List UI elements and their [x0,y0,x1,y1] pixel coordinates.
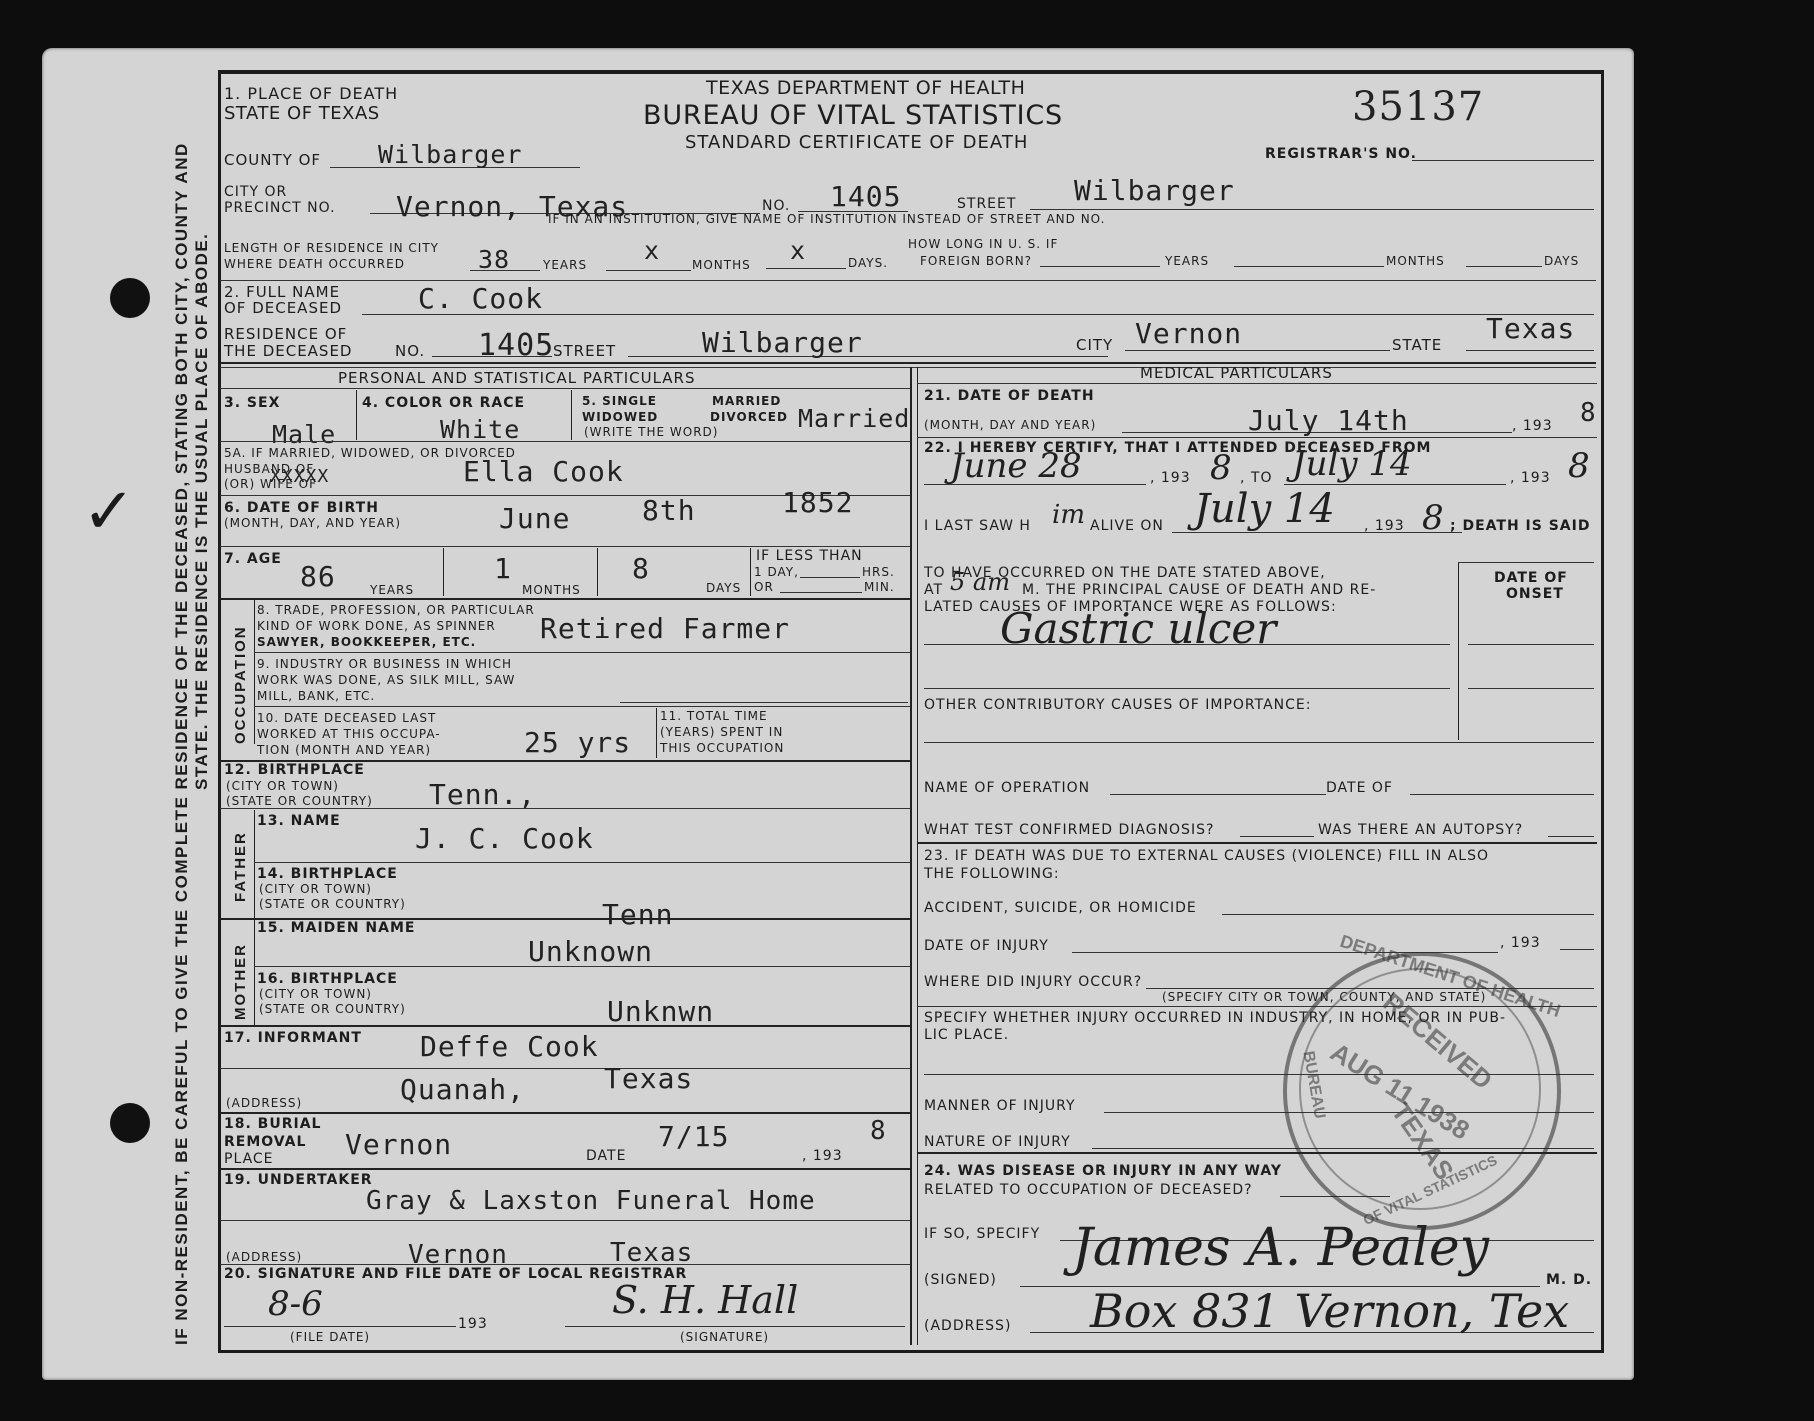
physician-address: Box 831 Vernon, Tex [1090,1284,1569,1338]
birthplace-value: Tenn., [429,778,536,811]
father-section-label: FATHER [232,831,249,902]
from-year-prefix: , 193 [1150,470,1191,486]
city-label: CITY OR [224,184,287,200]
accident-label: ACCIDENT, SUICIDE, OR HOMICIDE [924,900,1197,916]
to-year-prefix: , 193 [1510,470,1551,486]
hrs-field[interactable] [800,577,860,578]
autopsy-field[interactable] [1548,836,1594,837]
residence-label1: RESIDENCE OF [224,326,347,342]
manner-label: MANNER OF INJURY [924,1098,1076,1114]
residence-state-value: Texas [1486,312,1575,345]
dob-label2: (MONTH, DAY, AND YEAR) [224,516,401,530]
last-worked-label2: WORKED AT THIS OCCUPA- [257,727,441,741]
county-label: COUNTY OF [224,152,321,168]
onset-label2: ONSET [1506,586,1564,602]
mother-section-label: MOTHER [232,943,249,1020]
last-saw-field[interactable] [1172,532,1462,533]
residence-no-label: NO. [395,343,425,359]
occupation-related-label2: RELATED TO OCCUPATION OF DECEASED? [924,1182,1253,1198]
less-than-label: IF LESS THAN [756,549,863,563]
mother-bp-label1: 16. BIRTHPLACE [257,971,398,987]
other-causes-label: OTHER CONTRIBUTORY CAUSES OF IMPORTANCE: [924,697,1311,713]
physician-address-label: (ADDRESS) [924,1318,1011,1334]
burial-label2: REMOVAL [224,1134,306,1150]
mother-bp-value: Unknwn [607,995,714,1028]
onset-field-1[interactable] [1468,644,1594,645]
trade-label3: SAWYER, BOOKKEEPER, ETC. [257,635,476,649]
marital-label-married: MARRIED [712,394,781,408]
nature-label: NATURE OF INJURY [924,1134,1071,1150]
hrs-label: HRS. [862,565,895,579]
burial-date: 7/15 [658,1120,729,1153]
registrar-no-field[interactable] [1412,160,1594,161]
foreign-years-label: YEARS [1165,254,1209,268]
marital-label-divorced: DIVORCED [710,410,788,424]
burial-label3: PLACE [224,1151,274,1167]
last-year-prefix: , 193 [1364,518,1405,534]
if-so-label: IF SO, SPECIFY [924,1226,1040,1242]
father-name-label: 13. NAME [257,813,341,829]
signature-label: (SIGNATURE) [680,1330,769,1344]
street-label: STREET [957,196,1016,212]
res-days-field[interactable] [766,268,846,269]
street-value: Wilbarger [1074,174,1235,207]
injury-specify-label2: LIC PLACE. [924,1027,1009,1043]
dept-title: TEXAS DEPARTMENT OF HEALTH [706,80,1025,96]
registrar-file-date: 8-6 [268,1284,323,1324]
full-name-label1: 2. FULL NAME [224,284,340,300]
res-months-label: MONTHS [692,258,751,272]
undertaker-label: 19. UNDERTAKER [224,1172,373,1188]
res-years-label: YEARS [543,258,587,272]
foreign-months-label: MONTHS [1386,254,1445,268]
medical-heading: MEDICAL PARTICULARS [1140,365,1333,381]
sex-label: 3. SEX [224,395,280,411]
father-bp-label2: (CITY OR TOWN) [259,882,372,896]
informant-name: Deffe Cook [420,1030,599,1063]
precinct-label: PRECINCT NO. [224,200,336,216]
dob-year: 1852 [782,486,853,519]
operation-field[interactable] [1110,794,1326,795]
occurred-at-label: AT [924,582,943,598]
mother-name-value: Unknown [528,935,653,968]
foreign-years-field[interactable] [1040,266,1160,267]
res-days-label: DAYS. [848,256,888,270]
mother-name-label: 15. MAIDEN NAME [257,920,415,936]
mother-bp-label3: (STATE OR COUNTRY) [259,1002,406,1016]
marital-value: Married [798,404,910,433]
father-bp-value: Tenn [602,898,673,931]
registrar-year-prefix: 193 [458,1316,488,1332]
other-causes-field[interactable] [924,742,1594,743]
file-date-label: (FILE DATE) [290,1330,370,1344]
attended-from-value: June 28 [950,446,1082,486]
form-title: STANDARD CERTIFICATE OF DEATH [685,135,1028,151]
last-saw-pronoun: im [1052,500,1085,530]
no-value: 1405 [830,180,901,213]
age-months-label: MONTHS [522,583,581,597]
to-label: , TO [1240,470,1272,486]
res-days-value: x [790,236,806,265]
age-months: 1 [494,552,512,585]
residence-street-value: Wilbarger [702,326,863,359]
foreign-months-field[interactable] [1234,266,1384,267]
burial-place: Vernon [345,1128,452,1161]
father-bp-label3: (STATE OR COUNTRY) [259,897,406,911]
trade-value: Retired Farmer [540,612,790,645]
one-day-label: 1 DAY, [754,565,799,579]
autopsy-label: WAS THERE AN AUTOPSY? [1318,822,1523,838]
alive-on-label: ALIVE ON [1090,518,1164,534]
race-value: White [440,415,520,444]
informant-label: 17. INFORMANT [224,1030,362,1046]
marital-label-single: 5. SINGLE [582,394,657,408]
birthplace-label1: 12. BIRTHPLACE [224,762,365,778]
trade-label2: KIND OF WORK DONE, AS SPINNER [257,619,496,633]
total-time-label3: THIS OCCUPATION [660,741,784,755]
residence-city-label: CITY [1076,337,1113,353]
marital-label-write: (WRITE THE WORD) [584,425,718,439]
industry-label2: WORK WAS DONE, AS SILK MILL, SAW [257,673,515,687]
test-field[interactable] [1240,836,1314,837]
attended-to-value: July 14 [1292,444,1412,484]
full-name-field[interactable] [362,314,1594,315]
mother-bp-label2: (CITY OR TOWN) [259,987,372,1001]
res-years-value: 38 [478,245,510,274]
residence-street-field[interactable] [628,356,1108,357]
marital-label-widowed: WIDOWED [582,410,658,424]
age-days-label: DAYS [706,581,741,595]
full-name-value: C. Cook [418,282,543,315]
operation-date-field[interactable] [1410,794,1594,795]
occupation-related-label1: 24. WAS DISEASE OR INJURY IN ANY WAY [924,1163,1282,1179]
registrar-signature-field[interactable] [565,1326,905,1327]
test-label: WHAT TEST CONFIRMED DIAGNOSIS? [924,822,1214,838]
res-months-field[interactable] [606,270,691,271]
punch-hole-top [110,278,150,318]
external-label2: THE FOLLOWING: [924,866,1060,882]
age-days: 8 [632,552,650,585]
column-divider [910,367,912,1345]
foreign-days-field[interactable] [1466,266,1542,267]
min-label: MIN. [864,580,895,594]
father-bp-label1: 14. BIRTHPLACE [257,866,398,882]
registrar-no-label: REGISTRAR'S NO. [1265,146,1417,162]
certificate-number: 35137 [1352,84,1484,130]
sex-value: Male [272,420,336,449]
spouse-value: Ella Cook [463,455,624,488]
checkmark-icon: ✓ [82,475,136,549]
undertaker-name: Gray & Laxston Funeral Home [366,1186,816,1216]
informant-state: Texas [604,1062,693,1095]
foreign-days-label: DAYS [1544,254,1579,268]
county-value: Wilbarger [378,140,522,169]
age-years-label: YEARS [370,583,414,597]
last-saw-date: July 14 [1194,486,1335,532]
cause-field-1[interactable] [924,644,1450,645]
to-year-suffix: 8 [1568,446,1590,486]
last-worked-label3: TION (MONTH AND YEAR) [257,743,431,757]
injury-where-label: WHERE DID INJURY OCCUR? [924,974,1142,990]
total-time-label2: (YEARS) SPENT IN [660,725,783,739]
attended-to-field[interactable] [1284,484,1506,485]
residence-length-label2: WHERE DEATH OCCURRED [224,257,405,271]
foreign-born-label1: HOW LONG IN U. S. IF [908,237,1058,251]
last-year-suffix: 8 [1422,498,1444,538]
street-field[interactable] [1030,209,1594,210]
accident-field[interactable] [1222,914,1594,915]
residence-state-field[interactable] [1466,350,1594,351]
last-saw-label: I LAST SAW H [924,518,1031,534]
state-of-texas-label: STATE OF TEXAS [224,106,380,122]
burial-year-suffix: 8 [870,1116,887,1146]
margin-note-line1: IF NON-RESIDENT, BE CAREFUL TO GIVE THE … [172,142,192,1345]
registrar-signature: S. H. Hall [612,1278,798,1322]
total-time-label1: 11. TOTAL TIME [660,709,768,723]
informant-address-label: (ADDRESS) [226,1096,302,1110]
residence-no-value: 1405 [478,328,554,363]
occupation-section-label: OCCUPATION [232,625,249,744]
residence-street-label: STREET [553,343,616,359]
dod-label1: 21. DATE OF DEATH [924,388,1095,404]
industry-label1: 9. INDUSTRY OR BUSINESS IN WHICH [257,657,512,671]
time-value: 5 am [950,568,1010,596]
operation-label: NAME OF OPERATION [924,780,1090,796]
residence-length-label1: LENGTH OF RESIDENCE IN CITY [224,241,439,255]
min-field[interactable] [780,592,862,593]
institution-note: IF IN AN INSTITUTION, GIVE NAME OF INSTI… [548,212,1105,226]
dod-label2: (MONTH, DAY AND YEAR) [924,418,1096,432]
signed-label: (SIGNED) [924,1272,997,1288]
death-said-label: ; DEATH IS SAID [1450,518,1590,534]
dod-value: July 14th [1248,404,1409,437]
injury-date-label: DATE OF INJURY [924,938,1049,954]
injury-year-prefix: , 193 [1500,935,1541,951]
foreign-born-label2: FOREIGN BORN? [920,254,1032,268]
cause-of-death: Gastric ulcer [1000,604,1276,653]
burial-date-label: DATE [586,1148,626,1164]
injury-year-field[interactable] [1560,949,1594,950]
residence-city-field[interactable] [1125,350,1390,351]
burial-label1: 18. BURIAL [224,1116,321,1132]
informant-city: Quanah, [400,1073,525,1106]
industry-field[interactable] [620,702,908,703]
dob-day: 8th [642,494,696,527]
father-name-value: J. C. Cook [415,822,594,855]
race-label: 4. COLOR OR RACE [362,395,525,411]
dod-year-prefix: , 193 [1512,418,1553,434]
onset-field-2[interactable] [1468,688,1594,689]
burial-year-prefix: , 193 [802,1148,843,1164]
birthplace-label2: (CITY OR TOWN) [226,779,339,793]
residence-label2: THE DECEASED [224,343,352,359]
birthplace-label3: (STATE OR COUNTRY) [226,794,373,808]
age-label: 7. AGE [224,551,282,567]
punch-hole-bottom [110,1103,150,1143]
dob-month: June [499,502,570,535]
cause-field-2[interactable] [924,688,1450,689]
industry-label3: MILL, BANK, ETC. [257,689,375,703]
last-worked-value: 25 yrs [524,726,631,759]
received-stamp: DEPARTMENT OF HEALTH BUREAU RECEIVED AUG… [1283,952,1561,1230]
or-label: OR [754,580,774,594]
personal-heading: PERSONAL AND STATISTICAL PARTICULARS [338,370,695,386]
res-months-value: x [644,236,660,265]
dod-year-suffix: 8 [1580,398,1597,428]
age-years: 86 [300,560,336,593]
occurred-label2: M. THE PRINCIPAL CAUSE OF DEATH AND RE- [1022,582,1376,598]
spouse-overstrike: XXXXX [270,466,329,487]
last-worked-label1: 10. DATE DECEASED LAST [257,711,436,725]
full-name-label2: OF DECEASED [224,300,342,316]
onset-label1: DATE OF [1494,570,1568,586]
place-of-death-label: 1. PLACE OF DEATH [224,86,398,102]
operation-date-label: DATE OF [1326,780,1393,796]
external-label1: 23. IF DEATH WAS DUE TO EXTERNAL CAUSES … [924,848,1489,864]
margin-note-line2: STATE. THE RESIDENCE IS THE USUAL PLACE … [192,233,212,790]
trade-label1: 8. TRADE, PROFESSION, OR PARTICULAR [257,603,535,617]
undertaker-address-label: (ADDRESS) [226,1250,302,1264]
file-date-field[interactable] [224,1326,456,1327]
residence-city-value: Vernon [1135,317,1242,350]
from-year-suffix: 8 [1210,448,1232,488]
bureau-title: BUREAU OF VITAL STATISTICS [643,101,1063,131]
residence-state-label: STATE [1392,337,1442,353]
dob-label1: 6. DATE OF BIRTH [224,500,379,516]
